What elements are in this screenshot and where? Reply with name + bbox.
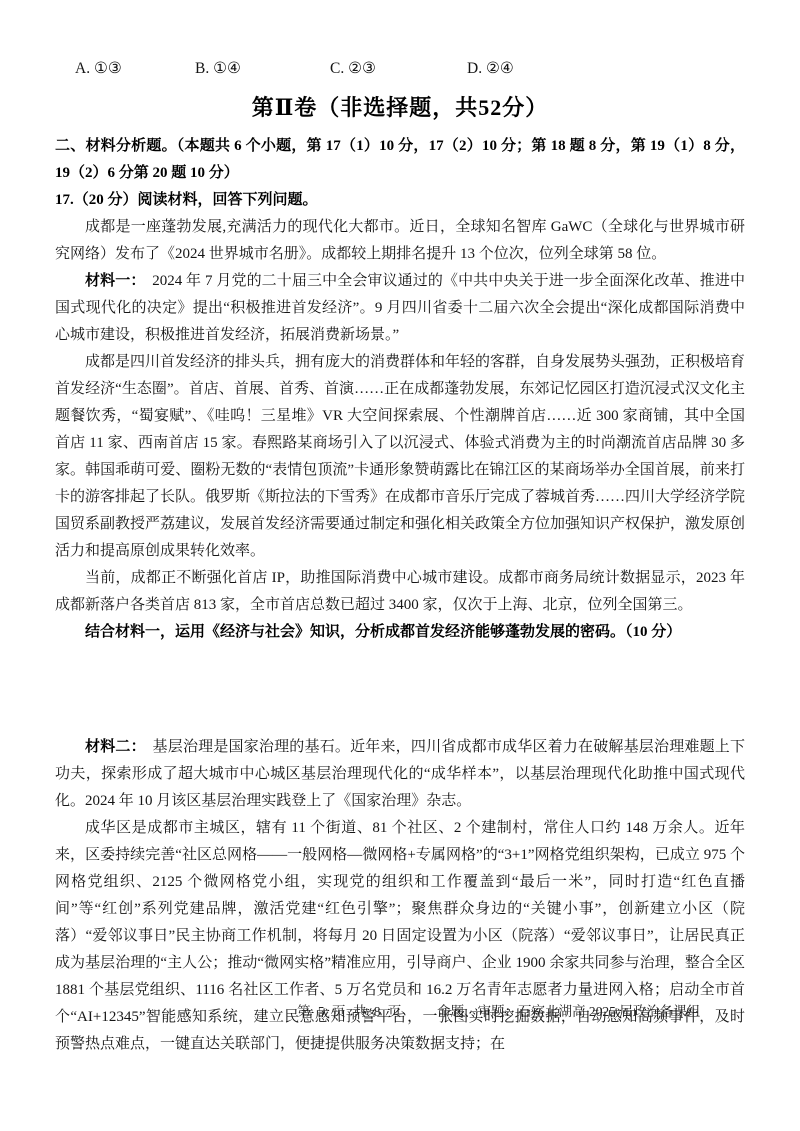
- material2-label: 材料二：: [85, 739, 146, 755]
- question17-lead-paragraph: 成都是一座蓬勃发展,充满活力的现代化大都市。近日，全球知名智库 GaWC（全球化…: [55, 214, 745, 268]
- answer-options-row: A. ①③ B. ①④ C. ②③ D. ②④: [55, 55, 745, 82]
- material2-paragraph1: 材料二：基层治理是国家治理的基石。近年来，四川省成都市成华区着力在破解基层治理难…: [55, 734, 745, 815]
- material1-label: 材料一：: [85, 273, 145, 289]
- footer-credit: 命题、审题：石室北湖高 2025 届政治备课组: [437, 1002, 700, 1022]
- option-a: A. ①③: [75, 55, 195, 82]
- section2-heading: 二、材料分析题。（本题共 6 个小题，第 17（1）10 分，17（2）10 分…: [55, 133, 745, 187]
- material2-paragraph1-text: 基层治理是国家治理的基石。近年来，四川省成都市成华区着力在破解基层治理难题上下功…: [55, 739, 745, 809]
- question17-intro-line: 17.（20 分）阅读材料，回答下列问题。: [55, 187, 745, 214]
- material1-paragraph1-text: 2024 年 7 月党的二十届三中全会审议通过的《中共中央关于进一步全面深化改革…: [55, 273, 745, 343]
- option-c: C. ②③: [330, 55, 467, 82]
- material1-paragraph2: 成都是四川首发经济的排头兵，拥有庞大的消费群体和年轻的客群，自身发展势头强劲，正…: [55, 349, 745, 565]
- page-content: A. ①③ B. ①④ C. ②③ D. ②④ 第Ⅱ卷（非选择题，共52分） 二…: [0, 0, 800, 1058]
- material1-paragraph3: 当前，成都正不断强化首店 IP，助推国际消费中心城市建设。成都市商务局统计数据显…: [55, 565, 745, 619]
- option-b: B. ①④: [195, 55, 330, 82]
- part2-title: 第Ⅱ卷（非选择题，共52分）: [55, 92, 745, 124]
- material1-paragraph1: 材料一：2024 年 7 月党的二十届三中全会审议通过的《中共中央关于进一步全面…: [55, 268, 745, 349]
- option-d: D. ②④: [467, 55, 514, 82]
- question17-1-prompt: 结合材料一，运用《经济与社会》知识，分析成都首发经济能够蓬勃发展的密码。（10 …: [55, 619, 745, 646]
- answer-blank-space: [55, 646, 745, 734]
- page-number-indicator: 第 5 页 共 8 页: [297, 1002, 403, 1022]
- exam-paper-page: A. ①③ B. ①④ C. ②③ D. ②④ 第Ⅱ卷（非选择题，共52分） 二…: [0, 0, 800, 1131]
